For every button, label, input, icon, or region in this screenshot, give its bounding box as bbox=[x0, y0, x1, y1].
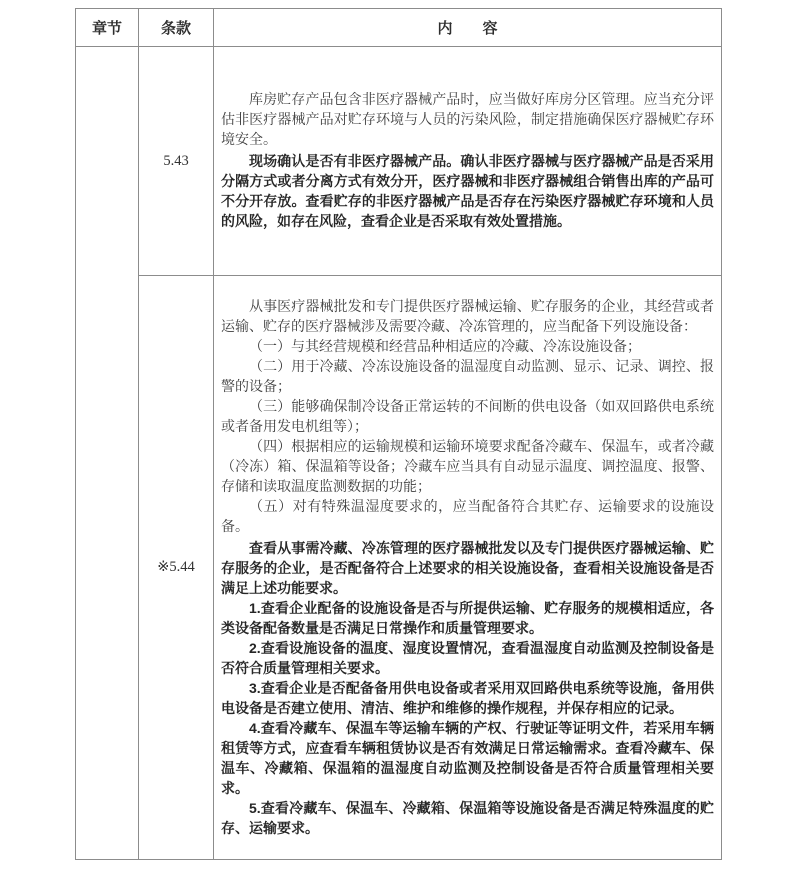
regulation-list-item-2: （二）用于冷藏、冷冻设施设备的温湿度自动监测、显示、记录、调控、报警的设备； bbox=[221, 358, 714, 398]
content-cell-5-44: 从事医疗器械批发和专门提供医疗器械运输、贮存服务的企业，其经营或者运输、贮存的医… bbox=[214, 276, 722, 860]
clause-number-5-43: 5.43 bbox=[139, 47, 214, 276]
inspection-step-2: 2.查看设施设备的温度、湿度设置情况，查看温湿度自动监测及控制设备是否符合质量管… bbox=[221, 638, 714, 678]
inspection-criteria-table: 章节 条款 内 容 5.43 库房贮存产品包含非医疗器械产品时，应当做好库房分区… bbox=[75, 8, 722, 860]
header-chapter: 章节 bbox=[76, 9, 139, 47]
chapter-cell-empty bbox=[76, 47, 139, 860]
regulation-list-item-4: （四）根据相应的运输规模和运输环境要求配备冷藏车、保温车，或者冷藏（冷冻）箱、保… bbox=[221, 438, 714, 498]
table-row: ※5.44 从事医疗器械批发和专门提供医疗器械运输、贮存服务的企业，其经营或者运… bbox=[76, 276, 722, 860]
table-row: 5.43 库房贮存产品包含非医疗器械产品时，应当做好库房分区管理。应当充分评估非… bbox=[76, 47, 722, 276]
inspection-step-1: 1.查看企业配备的设施设备是否与所提供运输、贮存服务的规模相适应，各类设备配备数… bbox=[221, 598, 714, 638]
regulation-list-item-3: （三）能够确保制冷设备正常运转的不间断的供电设备（如双回路供电系统或者备用发电机… bbox=[221, 398, 714, 438]
header-clause: 条款 bbox=[139, 9, 214, 47]
inspection-paragraph: 现场确认是否有非医疗器械产品。确认非医疗器械与医疗器械产品是否采用分隔方式或者分… bbox=[221, 151, 714, 231]
inspection-paragraph: 查看从事需冷藏、冷冻管理的医疗器械批发以及专门提供医疗器械运输、贮存服务的企业，… bbox=[221, 538, 714, 598]
regulation-list-item-1: （一）与其经营规模和经营品种相适应的冷藏、冷冻设施设备； bbox=[221, 338, 714, 358]
inspection-step-4: 4.查看冷藏车、保温车等运输车辆的产权、行驶证等证明文件，若采用车辆租赁等方式，… bbox=[221, 718, 714, 798]
table-header-row: 章节 条款 内 容 bbox=[76, 9, 722, 47]
clause-number-5-44: ※5.44 bbox=[139, 276, 214, 860]
header-content: 内 容 bbox=[214, 9, 722, 47]
document-page: 章节 条款 内 容 5.43 库房贮存产品包含非医疗器械产品时，应当做好库房分区… bbox=[0, 0, 800, 873]
regulation-list-item-5: （五）对有特殊温湿度要求的，应当配备符合其贮存、运输要求的设施设备。 bbox=[221, 498, 714, 538]
content-cell-5-43: 库房贮存产品包含非医疗器械产品时，应当做好库房分区管理。应当充分评估非医疗器械产… bbox=[214, 47, 722, 276]
inspection-step-5: 5.查看冷藏车、保温车、冷藏箱、保温箱等设施设备是否满足特殊温度的贮存、运输要求… bbox=[221, 798, 714, 838]
inspection-step-3: 3.查看企业是否配备备用供电设备或者采用双回路供电系统等设施，备用供电设备是否建… bbox=[221, 678, 714, 718]
regulation-paragraph: 从事医疗器械批发和专门提供医疗器械运输、贮存服务的企业，其经营或者运输、贮存的医… bbox=[221, 298, 714, 338]
regulation-paragraph: 库房贮存产品包含非医疗器械产品时，应当做好库房分区管理。应当充分评估非医疗器械产… bbox=[221, 91, 714, 151]
